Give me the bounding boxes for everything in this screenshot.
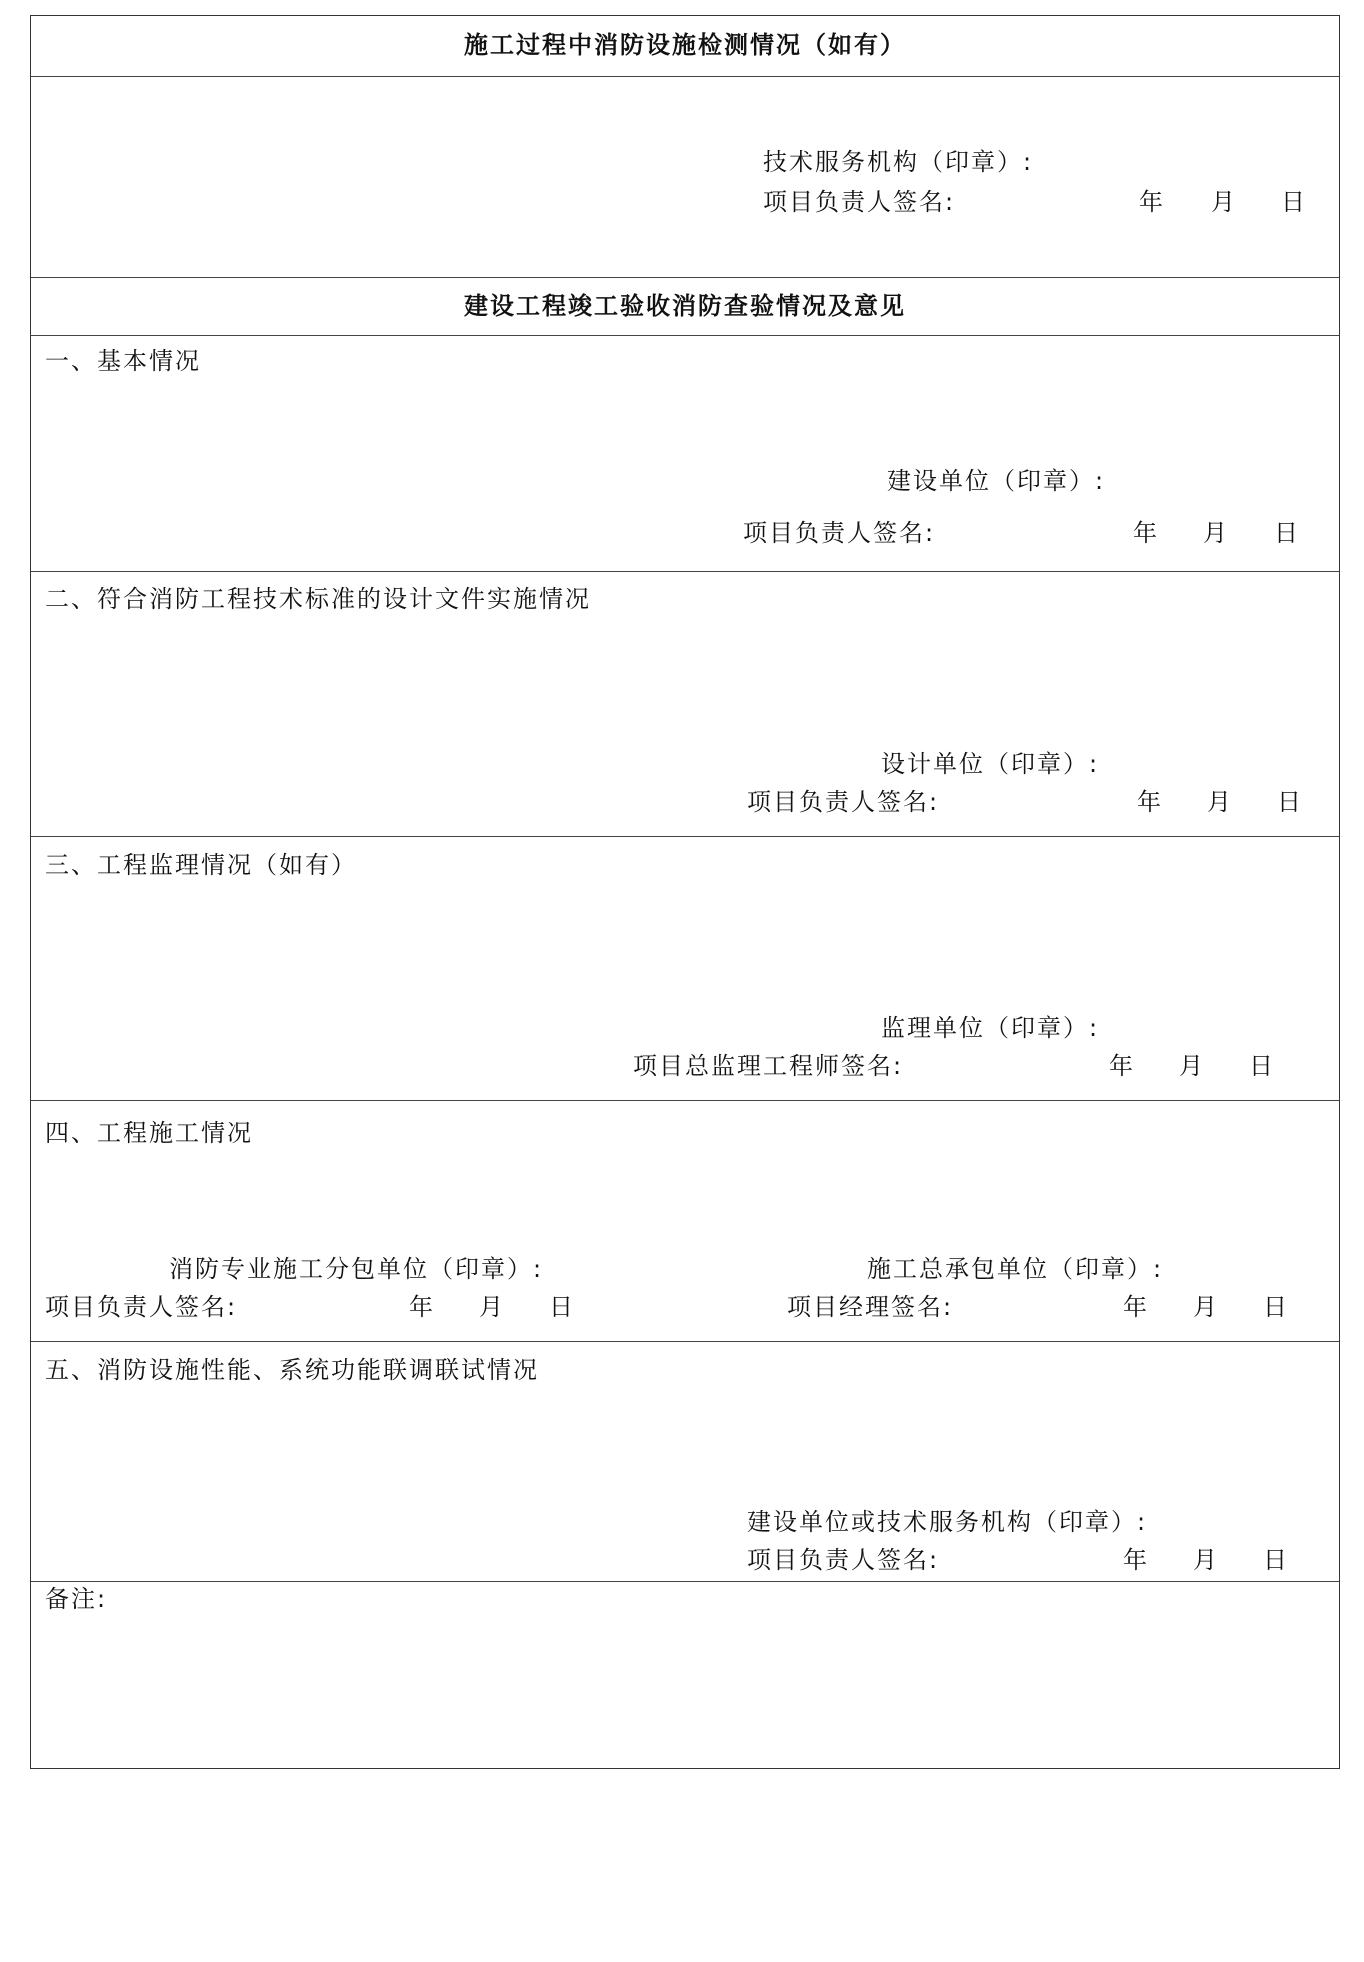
section-title: 三、工程监理情况（如有） <box>45 850 357 880</box>
project-leader-sign-label: 项目负责人签名: <box>747 787 939 817</box>
left-date-day: 日 <box>549 1292 573 1322</box>
date-month: 月 <box>1211 187 1235 217</box>
fire-subcontractor-stamp-label: 消防专业施工分包单位（印章）: <box>169 1254 543 1284</box>
chief-supervisor-sign-label: 项目总监理工程师签名: <box>633 1051 903 1081</box>
date-year: 年 <box>1109 1051 1133 1081</box>
date-year: 年 <box>1123 1545 1147 1575</box>
project-manager-sign-label: 项目经理签名: <box>787 1292 953 1322</box>
right-date-year: 年 <box>1123 1292 1147 1322</box>
project-leader-sign-label: 项目负责人签名: <box>747 1545 939 1575</box>
left-date-month: 月 <box>479 1292 503 1322</box>
header-row-acceptance: 建设工程竣工验收消防查验情况及意见 <box>31 277 1339 335</box>
project-leader-sign-label: 项目负责人签名: <box>743 518 935 548</box>
date-year: 年 <box>1139 187 1163 217</box>
date-year: 年 <box>1133 518 1157 548</box>
left-date-year: 年 <box>409 1292 433 1322</box>
date-year: 年 <box>1137 787 1161 817</box>
right-date-day: 日 <box>1263 1292 1287 1322</box>
date-day: 日 <box>1249 1051 1273 1081</box>
section-title: 一、基本情况 <box>45 346 201 376</box>
section-joint-testing[interactable]: 五、消防设施性能、系统功能联调联试情况 建设单位或技术服务机构（印章）: 项目负… <box>31 1341 1339 1581</box>
inspection-header-title: 施工过程中消防设施检测情况（如有） <box>31 30 1339 60</box>
section-title: 五、消防设施性能、系统功能联调联试情况 <box>45 1355 539 1385</box>
date-day: 日 <box>1274 518 1298 548</box>
section-title: 四、工程施工情况 <box>45 1118 253 1148</box>
construction-or-tech-org-stamp-label: 建设单位或技术服务机构（印章）: <box>747 1507 1147 1537</box>
right-date-month: 月 <box>1193 1292 1217 1322</box>
fire-acceptance-form-table: 施工过程中消防设施检测情况（如有） 技术服务机构（印章）: 项目负责人签名: 年… <box>30 15 1340 1769</box>
date-month: 月 <box>1207 787 1231 817</box>
acceptance-header-title: 建设工程竣工验收消防查验情况及意见 <box>31 291 1339 321</box>
header-row-inspection: 施工过程中消防设施检测情况（如有） <box>31 16 1339 76</box>
general-contractor-stamp-label: 施工总承包单位（印章）: <box>867 1254 1163 1284</box>
section-construction[interactable]: 四、工程施工情况 消防专业施工分包单位（印章）: 项目负责人签名: 年 月 日 … <box>31 1100 1339 1341</box>
date-month: 月 <box>1203 518 1227 548</box>
tech-service-org-stamp-label: 技术服务机构（印章）: <box>763 147 1033 177</box>
date-month: 月 <box>1179 1051 1203 1081</box>
project-leader-sign-label: 项目负责人签名: <box>45 1292 237 1322</box>
section-design-implementation[interactable]: 二、符合消防工程技术标准的设计文件实施情况 设计单位（印章）: 项目负责人签名:… <box>31 571 1339 836</box>
section-basic-info[interactable]: 一、基本情况 建设单位（印章）: 项目负责人签名: 年 月 日 <box>31 335 1339 571</box>
remarks-row[interactable]: 备注: <box>31 1581 1339 1768</box>
inspection-content-row[interactable]: 技术服务机构（印章）: 项目负责人签名: 年 月 日 <box>31 76 1339 277</box>
section-title: 二、符合消防工程技术标准的设计文件实施情况 <box>45 584 591 614</box>
date-month: 月 <box>1193 1545 1217 1575</box>
date-day: 日 <box>1277 787 1301 817</box>
design-unit-stamp-label: 设计单位（印章）: <box>881 749 1099 779</box>
construction-unit-stamp-label: 建设单位（印章）: <box>887 466 1105 496</box>
project-leader-sign-label: 项目负责人签名: <box>763 187 955 217</box>
date-day: 日 <box>1281 187 1305 217</box>
date-day: 日 <box>1263 1545 1287 1575</box>
remarks-label: 备注: <box>45 1584 107 1614</box>
section-supervision[interactable]: 三、工程监理情况（如有） 监理单位（印章）: 项目总监理工程师签名: 年 月 日 <box>31 836 1339 1100</box>
supervision-unit-stamp-label: 监理单位（印章）: <box>881 1013 1099 1043</box>
